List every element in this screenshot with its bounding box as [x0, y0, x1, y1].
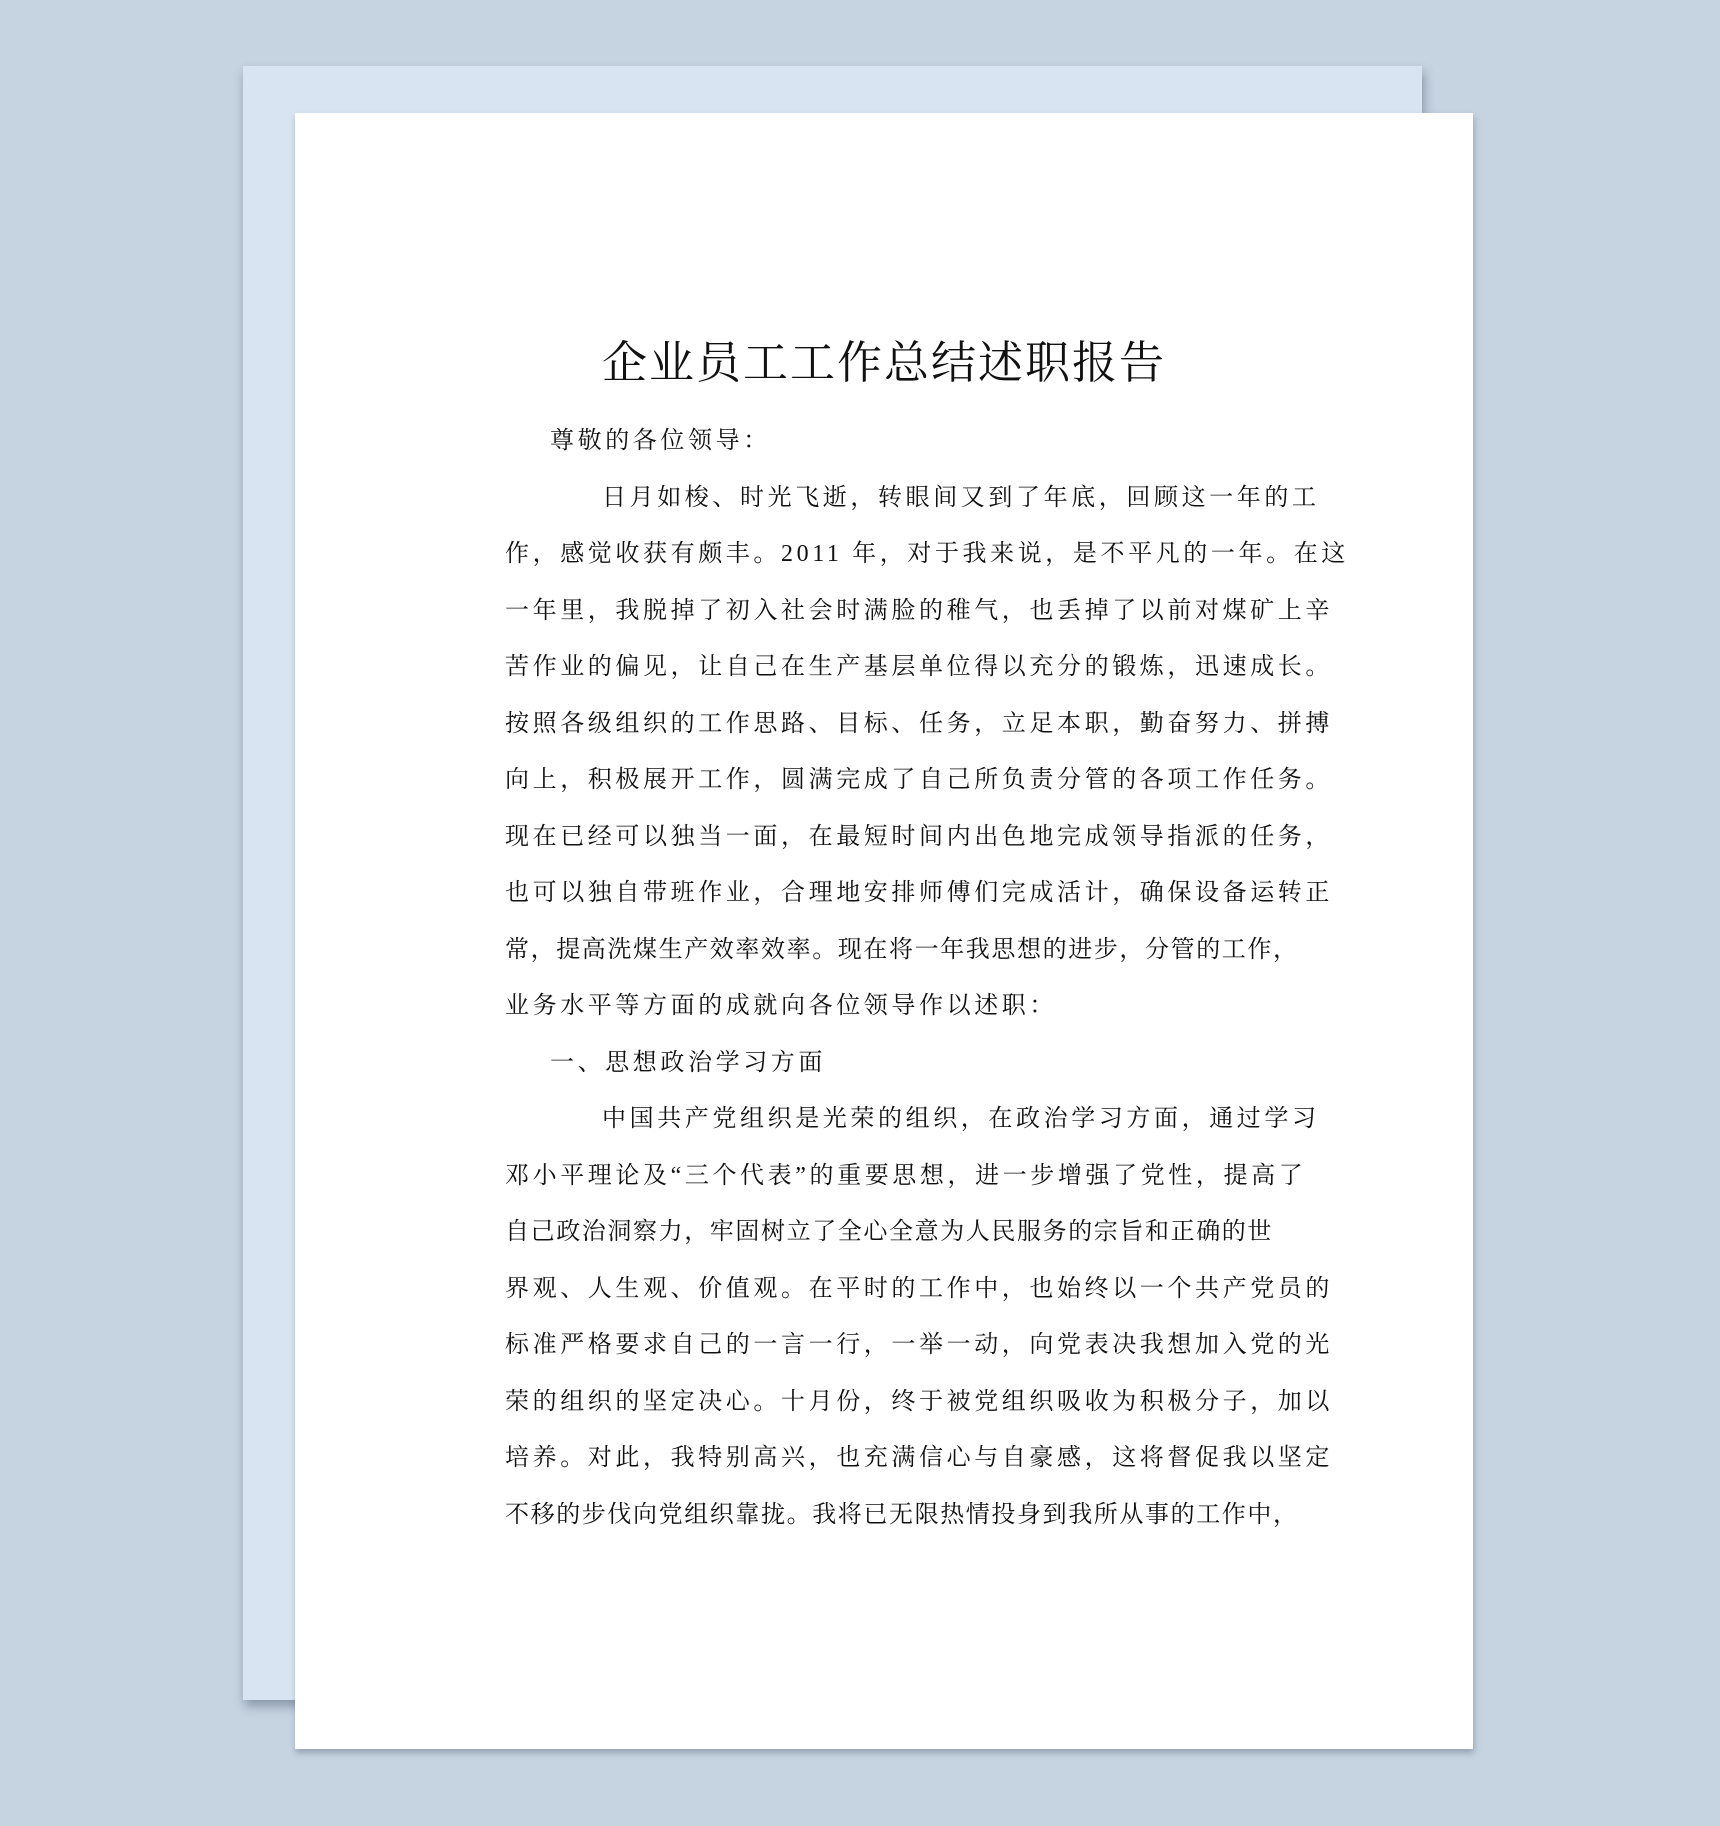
paragraph-line: 也可以独自带班作业，合理地安排师傅们完成活计，确保设备运转正	[505, 865, 1265, 922]
document-title: 企业员工工作总结述职报告	[295, 333, 1473, 393]
document-body: 尊敬的各位领导： 日月如梭、时光飞逝，转眼间又到了年底，回顾这一年的工 作，感觉…	[505, 413, 1265, 1543]
paragraph-line: 业务水平等方面的成就向各位领导作以述职：	[505, 978, 1265, 1035]
paragraph-line: 一年里，我脱掉了初入社会时满脸的稚气，也丢掉了以前对煤矿上辛	[505, 583, 1265, 640]
paragraph-line: 日月如梭、时光飞逝，转眼间又到了年底，回顾这一年的工	[505, 470, 1265, 527]
paragraph-line: 邓小平理论及“三个代表”的重要思想，进一步增强了党性，提高了	[505, 1148, 1265, 1205]
paragraph-line: 自己政治洞察力，牢固树立了全心全意为人民服务的宗旨和正确的世	[505, 1204, 1265, 1261]
paragraph-line: 常，提高洗煤生产效率效率。现在将一年我思想的进步，分管的工作，	[505, 922, 1265, 979]
paragraph-line: 标准严格要求自己的一言一行，一举一动，向党表决我想加入党的光	[505, 1317, 1265, 1374]
paragraph-line: 按照各级组织的工作思路、目标、任务，立足本职，勤奋努力、拼搏	[505, 696, 1265, 753]
paragraph-line: 现在已经可以独当一面，在最短时间内出色地完成领导指派的任务，	[505, 809, 1265, 866]
salutation-line: 尊敬的各位领导：	[505, 413, 1265, 470]
paragraph-line: 作，感觉收获有颇丰。2011 年，对于我来说，是不平凡的一年。在这	[505, 526, 1265, 583]
section-heading: 一、思想政治学习方面	[505, 1035, 1265, 1092]
paragraph-line: 不移的步伐向党组织靠拢。我将已无限热情投身到我所从事的工作中，	[505, 1487, 1265, 1544]
paragraph-line: 培养。对此，我特别高兴，也充满信心与自豪感，这将督促我以坚定	[505, 1430, 1265, 1487]
paragraph-line: 界观、人生观、价值观。在平时的工作中，也始终以一个共产党员的	[505, 1261, 1265, 1318]
paragraph-line: 荣的组织的坚定决心。十月份，终于被党组织吸收为积极分子，加以	[505, 1374, 1265, 1431]
paragraph-line: 向上，积极展开工作，圆满完成了自己所负责分管的各项工作任务。	[505, 752, 1265, 809]
paragraph-line: 中国共产党组织是光荣的组织，在政治学习方面，通过学习	[505, 1091, 1265, 1148]
paragraph-line: 苦作业的偏见，让自己在生产基层单位得以充分的锻炼，迅速成长。	[505, 639, 1265, 696]
document-page: 企业员工工作总结述职报告 尊敬的各位领导： 日月如梭、时光飞逝，转眼间又到了年底…	[295, 113, 1473, 1749]
